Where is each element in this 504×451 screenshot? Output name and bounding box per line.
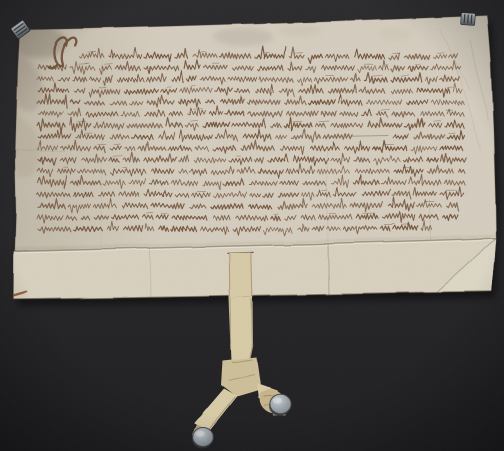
charter-photograph (0, 0, 504, 451)
photo-scene (0, 0, 504, 451)
vignette (0, 0, 504, 451)
